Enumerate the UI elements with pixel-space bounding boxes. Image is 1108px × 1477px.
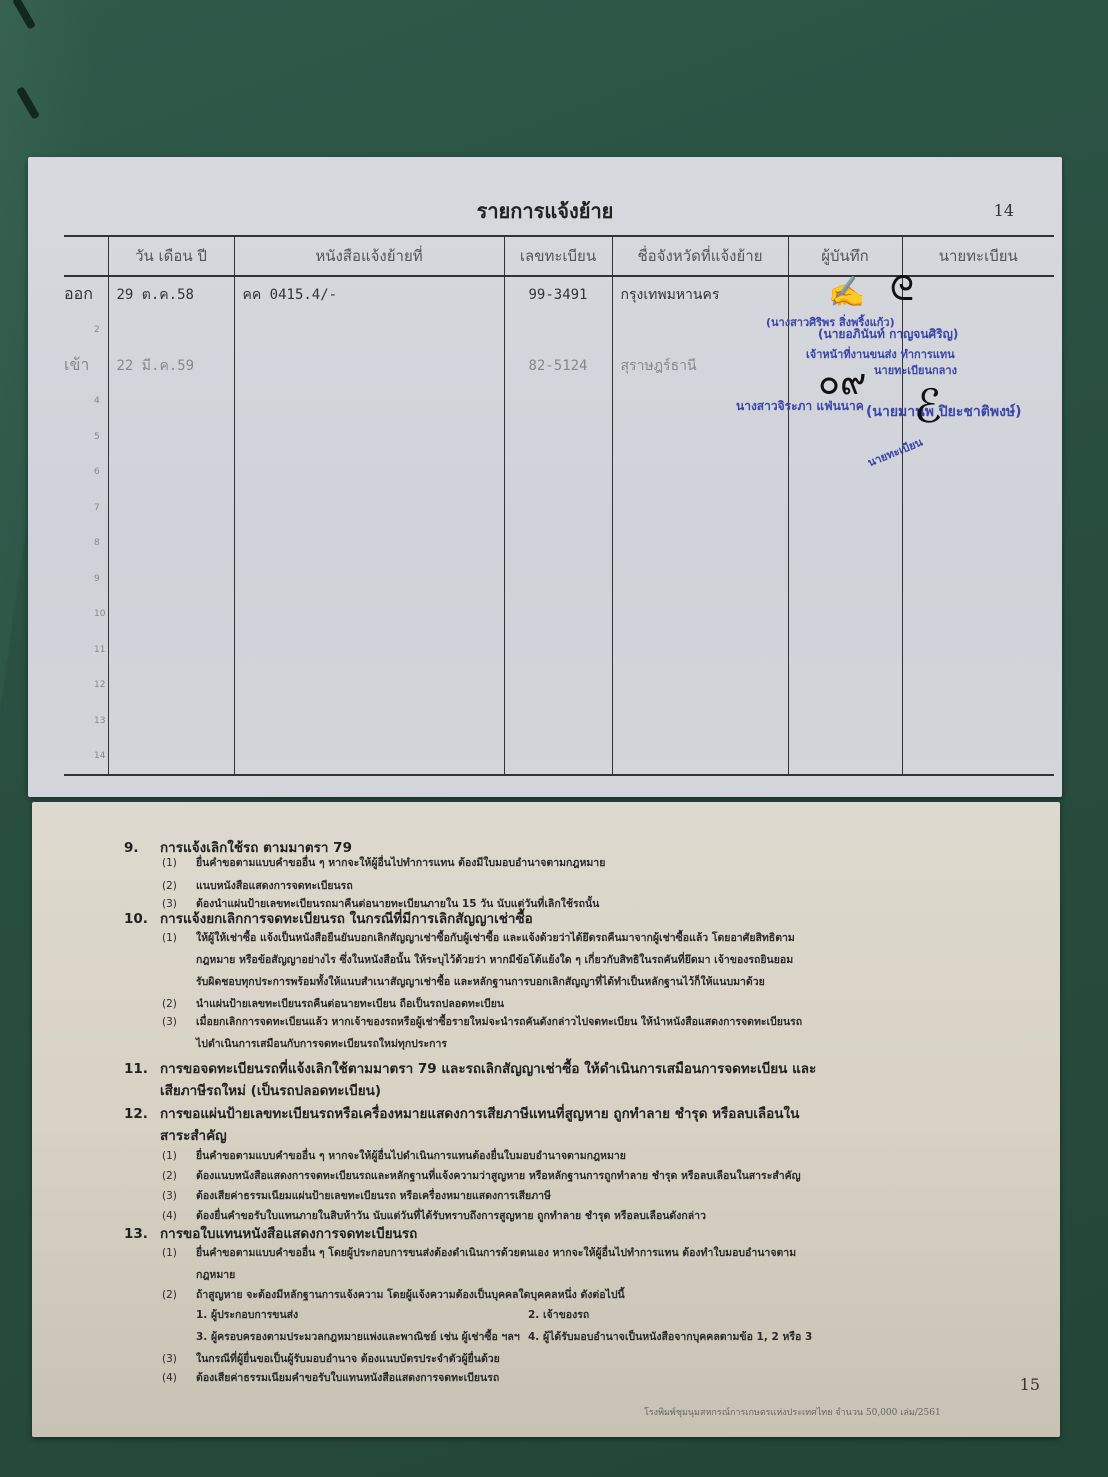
section-heading: 11.การขอจดทะเบียนรถที่แจ้งเลิกใช้ตามมาตร… xyxy=(124,1057,816,1079)
section-title: การขอใบแทนหนังสือแสดงการจดทะเบียนรถ xyxy=(160,1226,417,1242)
cell-letter-no: คค 0415.4/- xyxy=(234,276,504,313)
cell-letter-no xyxy=(234,561,504,597)
cell-letter-no xyxy=(234,348,504,384)
cell-letter-no xyxy=(234,668,504,704)
section-heading: 10.การแจ้งยกเลิกการจดทะเบียนรถ ในกรณีที่… xyxy=(124,907,533,929)
row-label: 5 xyxy=(64,419,108,455)
section-item: (1)ยื่นคำขอตามแบบคำขออื่น ๆ หากจะให้ผู้อ… xyxy=(162,1147,626,1164)
cell-recorder xyxy=(788,526,902,562)
col-header-registrar: นายทะเบียน xyxy=(902,236,1054,276)
cell-recorder xyxy=(788,703,902,739)
table-row: 13 xyxy=(64,703,1054,739)
cell-letter-no xyxy=(234,490,504,526)
section-title: การขอจดทะเบียนรถที่แจ้งเลิกใช้ตามมาตรา 7… xyxy=(160,1061,816,1077)
stamp-text: นางสาวจิระภา แฟ่นนาค xyxy=(736,397,864,416)
col-header xyxy=(64,236,108,276)
page-number: 14 xyxy=(994,201,1014,220)
cell-date: 29 ต.ค.58 xyxy=(108,276,234,313)
table-row: 14 xyxy=(64,739,1054,776)
transfer-register-table: วัน เดือน ปี หนังสือแจ้งย้ายที่ เลขทะเบี… xyxy=(64,235,1054,776)
item-number: (1) xyxy=(162,1150,196,1162)
cell-reg-no xyxy=(504,313,612,349)
section-title-cont: เสียภาษีรถใหม่ (เป็นรถปลอดทะเบียน) xyxy=(160,1079,381,1101)
section-item: (3)เมื่อยกเลิกการจดทะเบียนแล้ว หากเจ้าขอ… xyxy=(162,1013,802,1030)
page-number: 15 xyxy=(1020,1375,1040,1394)
item-text-cont: กฎหมาย xyxy=(196,1266,235,1283)
item-text: ต้องแนบหนังสือแสดงการจดทะเบียนรถและหลักฐ… xyxy=(196,1170,801,1182)
item-text: ต้องเสียค่าธรรมเนียมคำขอรับใบแทนหนังสือแ… xyxy=(196,1372,499,1384)
item-number: (3) xyxy=(162,1353,196,1365)
item-text: ยื่นคำขอตามแบบคำขออื่น ๆ หากจะให้ผู้อื่น… xyxy=(196,1150,626,1162)
cell-date xyxy=(108,703,234,739)
row-label: 8 xyxy=(64,526,108,562)
cell-letter-no xyxy=(234,632,504,668)
section-number: 13. xyxy=(124,1226,160,1242)
cell-province xyxy=(612,313,788,349)
item-number: (4) xyxy=(162,1372,196,1384)
cell-reg-no xyxy=(504,597,612,633)
sub-item: 2. เจ้าของรถ xyxy=(528,1306,589,1323)
stamp-text: (นายมานพ ปิยะชาติพงษ์) xyxy=(866,401,1022,423)
cell-registrar xyxy=(902,561,1054,597)
cell-date xyxy=(108,597,234,633)
cell-letter-no xyxy=(234,739,504,776)
cell-reg-no xyxy=(504,739,612,776)
table-row: 6 xyxy=(64,455,1054,491)
table-row: 9 xyxy=(64,561,1054,597)
cell-recorder xyxy=(788,668,902,704)
row-label: ออก xyxy=(64,276,108,313)
section-heading: 12.การขอแผ่นป้ายเลขทะเบียนรถหรือเครื่องห… xyxy=(124,1102,799,1124)
row-label: เข้า xyxy=(64,348,108,384)
row-label: 4 xyxy=(64,384,108,420)
cell-recorder xyxy=(788,561,902,597)
cell-reg-no xyxy=(504,703,612,739)
cell-registrar xyxy=(902,526,1054,562)
item-number: (1) xyxy=(162,932,196,944)
section-item: (2)ต้องแนบหนังสือแสดงการจดทะเบียนรถและหล… xyxy=(162,1167,801,1184)
cell-province: สุราษฎร์ธานี xyxy=(612,348,788,384)
item-number: (1) xyxy=(162,1247,196,1259)
table-row: 10 xyxy=(64,597,1054,633)
cell-reg-no xyxy=(504,384,612,420)
cell-province xyxy=(612,419,788,455)
cell-province xyxy=(612,526,788,562)
item-text: เมื่อยกเลิกการจดทะเบียนแล้ว หากเจ้าของรถ… xyxy=(196,1016,802,1028)
item-text: แนบหนังสือแสดงการจดทะเบียนรถ xyxy=(196,880,353,892)
cell-recorder xyxy=(788,739,902,776)
section-item: (4)ต้องเสียค่าธรรมเนียมคำขอรับใบแทนหนังส… xyxy=(162,1369,499,1386)
section-item: (3)ต้องเสียค่าธรรมเนียมแผ่นป้ายเลขทะเบีย… xyxy=(162,1187,551,1204)
page-14: รายการแจ้งย้าย 14 วัน เดือน ปี หนังสือแจ… xyxy=(28,157,1062,797)
col-header-letter: หนังสือแจ้งย้ายที่ xyxy=(234,236,504,276)
cell-province xyxy=(612,632,788,668)
section-item: (2)แนบหนังสือแสดงการจดทะเบียนรถ xyxy=(162,877,353,894)
section-item: (2)นำแผ่นป้ายเลขทะเบียนรถคืนต่อนายทะเบีย… xyxy=(162,995,504,1012)
cell-province xyxy=(612,739,788,776)
cell-reg-no xyxy=(504,490,612,526)
section-title-cont: สาระสำคัญ xyxy=(160,1124,227,1146)
cell-reg-no xyxy=(504,455,612,491)
cell-registrar xyxy=(902,703,1054,739)
signature: ℰ xyxy=(914,379,942,433)
row-label: 10 xyxy=(64,597,108,633)
section-item: (2)ถ้าสูญหาย จะต้องมีหลักฐานการแจ้งความ … xyxy=(162,1286,625,1303)
cell-date xyxy=(108,419,234,455)
section-item: (3)ในกรณีที่ผู้ยื่นขอเป็นผู้รับมอบอำนาจ … xyxy=(162,1350,500,1367)
cell-letter-no xyxy=(234,526,504,562)
col-header-recorder: ผู้บันทึก xyxy=(788,236,902,276)
item-text-cont: กฎหมาย หรือข้อสัญญาอย่างไร ซึ่งในหนังสือ… xyxy=(196,951,793,968)
sub-item: 4. ผู้ได้รับมอบอำนาจเป็นหนังสือจากบุคคลต… xyxy=(528,1328,812,1345)
section-number: 10. xyxy=(124,911,160,927)
cell-letter-no xyxy=(234,703,504,739)
cell-reg-no xyxy=(504,419,612,455)
cell-province xyxy=(612,668,788,704)
cell-date xyxy=(108,526,234,562)
section-heading: 13.การขอใบแทนหนังสือแสดงการจดทะเบียนรถ xyxy=(124,1222,417,1244)
item-text: ให้ผู้ให้เช่าซื้อ แจ้งเป็นหนังสือยืนยันบ… xyxy=(196,932,795,944)
section-item: (1)ยื่นคำขอตามแบบคำขออื่น ๆ หากจะให้ผู้อ… xyxy=(162,854,605,871)
cell-province xyxy=(612,597,788,633)
cell-letter-no xyxy=(234,455,504,491)
table-row: 8 xyxy=(64,526,1054,562)
item-text-cont: รับผิดชอบทุกประการพร้อมทั้งให้แนบสำเนาสั… xyxy=(196,973,765,990)
cell-province xyxy=(612,455,788,491)
item-number: (2) xyxy=(162,1289,196,1301)
item-text: ต้องเสียค่าธรรมเนียมแผ่นป้ายเลขทะเบียนรถ… xyxy=(196,1190,551,1202)
section-title: การแจ้งยกเลิกการจดทะเบียนรถ ในกรณีที่มีก… xyxy=(160,911,533,927)
page-title: รายการแจ้งย้าย xyxy=(28,195,1062,227)
cell-registrar xyxy=(902,739,1054,776)
cell-province xyxy=(612,703,788,739)
table-row: 11 xyxy=(64,632,1054,668)
row-label: 11 xyxy=(64,632,108,668)
item-number: (2) xyxy=(162,998,196,1010)
cell-date xyxy=(108,313,234,349)
cell-recorder xyxy=(788,632,902,668)
row-label: 7 xyxy=(64,490,108,526)
section-item: (1)ยื่นคำขอตามแบบคำขออื่น ๆ โดยผู้ประกอบ… xyxy=(162,1244,796,1261)
cell-registrar xyxy=(902,597,1054,633)
cell-letter-no xyxy=(234,313,504,349)
cell-date xyxy=(108,561,234,597)
cell-reg-no xyxy=(504,526,612,562)
cell-letter-no xyxy=(234,419,504,455)
row-label: 2 xyxy=(64,313,108,349)
section-number: 9. xyxy=(124,840,160,856)
item-text: ถ้าสูญหาย จะต้องมีหลักฐานการแจ้งความ โดย… xyxy=(196,1289,625,1301)
item-text: ยื่นคำขอตามแบบคำขออื่น ๆ โดยผู้ประกอบการ… xyxy=(196,1247,796,1259)
signature: ᘓ xyxy=(890,269,914,309)
item-number: (3) xyxy=(162,1016,196,1028)
cell-recorder xyxy=(788,597,902,633)
page-15: 15 โรงพิมพ์ชุมนุมสหกรณ์การเกษตรแห่งประเท… xyxy=(32,802,1060,1437)
item-text: นำแผ่นป้ายเลขทะเบียนรถคืนต่อนายทะเบียน ถ… xyxy=(196,998,504,1010)
item-number: (2) xyxy=(162,1170,196,1182)
cell-recorder xyxy=(788,490,902,526)
cell-reg-no xyxy=(504,668,612,704)
cell-date xyxy=(108,739,234,776)
printer-note: โรงพิมพ์ชุมนุมสหกรณ์การเกษตรแห่งประเทศไท… xyxy=(644,1405,941,1419)
stamp-text: นายทะเบียนกลาง xyxy=(874,361,957,379)
col-header-province: ชื่อจังหวัดที่แจ้งย้าย xyxy=(612,236,788,276)
cell-date xyxy=(108,490,234,526)
col-header-reg-no: เลขทะเบียน xyxy=(504,236,612,276)
item-number: (3) xyxy=(162,1190,196,1202)
section-title: การขอแผ่นป้ายเลขทะเบียนรถหรือเครื่องหมาย… xyxy=(160,1106,799,1122)
cell-letter-no xyxy=(234,384,504,420)
cell-reg-no xyxy=(504,561,612,597)
section-number: 11. xyxy=(124,1061,160,1077)
row-label: 12 xyxy=(64,668,108,704)
stamp-text: (นายอภินันท์ กาญจนศิริญ) xyxy=(818,325,958,344)
cell-registrar xyxy=(902,276,1054,313)
cell-registrar xyxy=(902,632,1054,668)
cell-date xyxy=(108,668,234,704)
item-number: (2) xyxy=(162,880,196,892)
row-label: 9 xyxy=(64,561,108,597)
col-header-date: วัน เดือน ปี xyxy=(108,236,234,276)
row-label: 6 xyxy=(64,455,108,491)
cell-date xyxy=(108,632,234,668)
cell-reg-no xyxy=(504,632,612,668)
row-label: 13 xyxy=(64,703,108,739)
item-text: ยื่นคำขอตามแบบคำขออื่น ๆ หากจะให้ผู้อื่น… xyxy=(196,857,605,869)
item-text: ต้องยื่นคำขอรับใบแทนภายในสิบห้าวัน นับแต… xyxy=(196,1210,706,1222)
sub-item: 3. ผู้ครอบครองตามประมวลกฎหมายแพ่งและพาณิ… xyxy=(196,1328,520,1345)
cell-date: 22 มี.ค.59 xyxy=(108,348,234,384)
cell-reg-no: 99-3491 xyxy=(504,276,612,313)
cell-province xyxy=(612,490,788,526)
cell-date xyxy=(108,384,234,420)
sub-item: 1. ผู้ประกอบการขนส่ง xyxy=(196,1306,298,1323)
cell-registrar xyxy=(902,490,1054,526)
cell-date xyxy=(108,455,234,491)
table-row: 12 xyxy=(64,668,1054,704)
item-text-cont: ไปดำเนินการเสมือนกับการจดทะเบียนรถใหม่ทุ… xyxy=(196,1035,447,1052)
cell-reg-no: 82-5124 xyxy=(504,348,612,384)
cell-province xyxy=(612,561,788,597)
section-number: 12. xyxy=(124,1106,160,1122)
table-row: 7 xyxy=(64,490,1054,526)
section-item: (1)ให้ผู้ให้เช่าซื้อ แจ้งเป็นหนังสือยืนย… xyxy=(162,929,795,946)
item-text: ในกรณีที่ผู้ยื่นขอเป็นผู้รับมอบอำนาจ ต้อ… xyxy=(196,1353,500,1365)
signature: ✍ xyxy=(828,275,865,310)
row-label: 14 xyxy=(64,739,108,776)
cell-registrar xyxy=(902,668,1054,704)
item-number: (4) xyxy=(162,1210,196,1222)
item-number: (1) xyxy=(162,857,196,869)
cell-registrar xyxy=(902,455,1054,491)
cell-letter-no xyxy=(234,597,504,633)
cell-province: กรุงเทพมหานคร xyxy=(612,276,788,313)
